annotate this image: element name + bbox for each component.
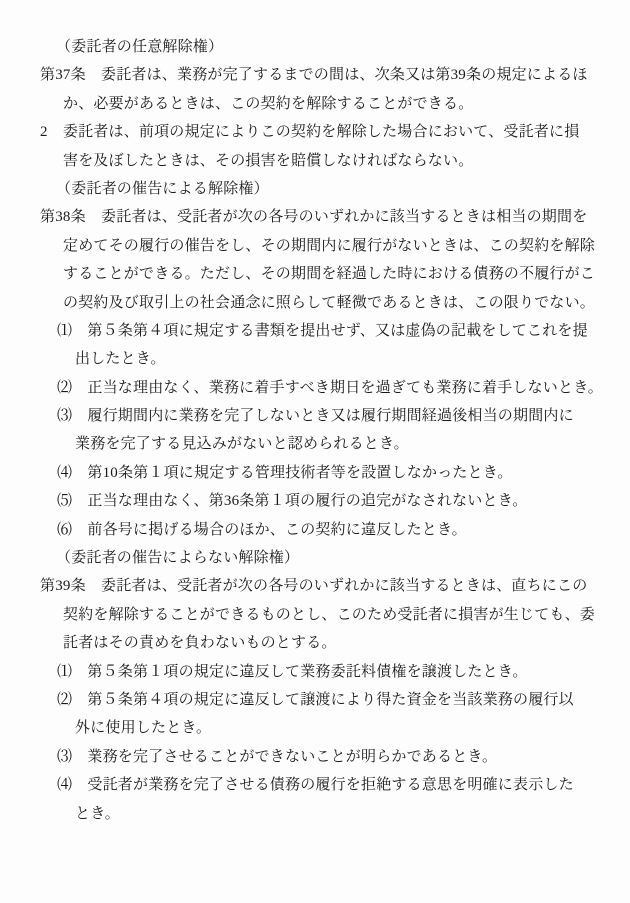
- article-line: 第39条 委託者は、受託者が次の各号のいずれかに該当するときは、直ちにこの: [40, 572, 612, 600]
- continuation-line: 定めてその履行の催告をし、その期間内に履行がないときは、この契約を解除: [63, 232, 612, 260]
- item-line: ⑶ 業務を完了させることができないことが明らかであるとき。: [57, 743, 612, 771]
- continuation-line: か、必要があるときは、この契約を解除することができる。: [63, 90, 612, 118]
- article-line: 第37条 委託者は、業務が完了するまでの間は、次条又は第39条の規定によるほ: [40, 61, 612, 89]
- item-continuation-line: 出したとき。: [75, 345, 612, 373]
- item-line: ⑹ 前各号に掲げる場合のほか、この契約に違反したとき。: [57, 516, 612, 544]
- item-line: ⑴ 第５条第４項に規定する書類を提出せず、又は虚偽の記載をしてこれを提: [57, 317, 612, 345]
- item-line: ⑵ 第５条第４項の規定に違反して譲渡により得た資金を当該業務の履行以: [57, 686, 612, 714]
- section-title-line: （委託者の任意解除権）: [56, 33, 612, 61]
- document-page: （委託者の任意解除権）第37条 委託者は、業務が完了するまでの間は、次条又は第3…: [0, 0, 630, 903]
- continuation-line: の契約及び取引上の社会通念に照らして軽微であるときは、この限りでない。: [63, 289, 612, 317]
- item-line: ⑴ 第５条第１項の規定に違反して業務委託料債権を譲渡したとき。: [57, 658, 612, 686]
- continuation-line: 託者はその責めを負わないものとする。: [63, 629, 612, 657]
- item-line: ⑷ 受託者が業務を完了させる債務の履行を拒絶する意思を明確に表示した: [57, 771, 612, 799]
- item-continuation-line: 外に使用したとき。: [75, 714, 612, 742]
- item-line: ⑵ 正当な理由なく、業務に着手すべき期日を過ぎても業務に着手しないとき。: [57, 374, 612, 402]
- continuation-line: 害を及ぼしたときは、その損害を賠償しなければならない。: [63, 147, 612, 175]
- section-title-line: （委託者の催告による解除権）: [56, 175, 612, 203]
- item-line: ⑷ 第10条第１項に規定する管理技術者等を設置しなかったとき。: [57, 459, 612, 487]
- item-continuation-line: 業務を完了する見込みがないと認められるとき。: [75, 430, 612, 458]
- item-line: ⑶ 履行期間内に業務を完了しないとき又は履行期間経過後相当の期間内に: [57, 402, 612, 430]
- item-line: ⑸ 正当な理由なく、第36条第１項の履行の追完がなされないとき。: [57, 487, 612, 515]
- section-title-line: （委託者の催告によらない解除権）: [56, 544, 612, 572]
- item-continuation-line: とき。: [75, 800, 612, 828]
- continuation-line: 契約を解除することができるものとし、このため受託者に損害が生じても、委: [63, 601, 612, 629]
- continuation-line: することができる。ただし、その期間を経過した時における債務の不履行がこ: [63, 260, 612, 288]
- article-line: 第38条 委託者は、受託者が次の各号のいずれかに該当するときは相当の期間を: [40, 203, 612, 231]
- article-line: 2 委託者は、前項の規定によりこの契約を解除した場合において、受託者に損: [40, 118, 612, 146]
